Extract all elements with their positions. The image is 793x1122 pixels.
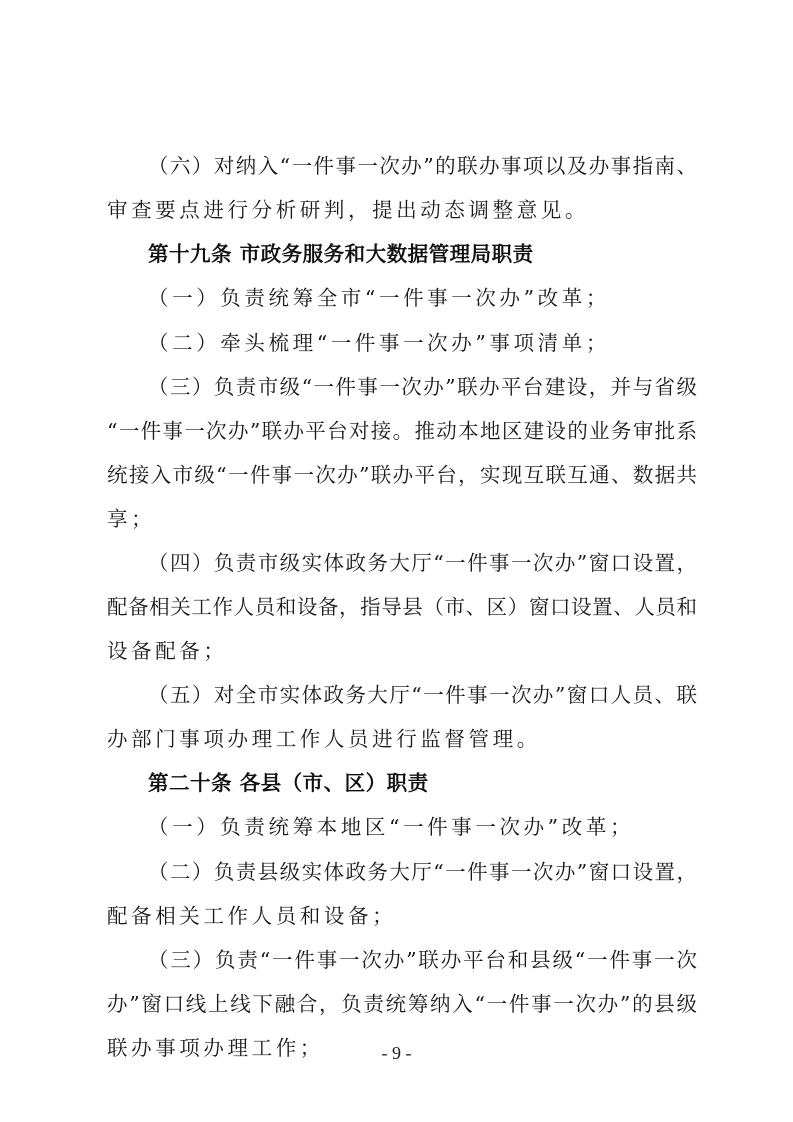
paragraph-line: （二）牵头梳理“一件事一次办”事项清单； bbox=[148, 328, 697, 358]
paragraph-line: （六）对纳入“一件事一次办”的联办事项以及办事指南、 bbox=[148, 151, 697, 181]
paragraph-line: （三）负责“一件事一次办”联办平台和县级“一件事一次 bbox=[148, 945, 697, 975]
article-heading-20: 第二十条 各县（市、区）职责 bbox=[148, 768, 429, 798]
paragraph-line: 配备相关工作人员和设备； bbox=[107, 901, 697, 931]
paragraph-line: 办部门事项办理工作人员进行监督管理。 bbox=[107, 724, 697, 754]
paragraph-line: （五）对全市实体政务大厅“一件事一次办”窗口人员、联 bbox=[148, 680, 697, 710]
paragraph-line: 审查要点进行分析研判，提出动态调整意见。 bbox=[107, 195, 697, 225]
paragraph-line: 享； bbox=[107, 504, 697, 534]
paragraph-line: （一）负责统筹本地区“一件事一次办”改革； bbox=[148, 812, 697, 842]
paragraph-line: （二）负责县级实体政务大厅“一件事一次办”窗口设置， bbox=[148, 857, 697, 887]
paragraph-line: 统接入市级“一件事一次办”联办平台，实现互联互通、数据共 bbox=[107, 460, 697, 490]
page-number: - 9 - bbox=[0, 1043, 793, 1064]
document-page: （六）对纳入“一件事一次办”的联办事项以及办事指南、 审查要点进行分析研判，提出… bbox=[0, 0, 793, 1122]
paragraph-line: “一件事一次办”联办平台对接。推动本地区建设的业务审批系 bbox=[107, 416, 697, 446]
article-heading-19: 第十九条 市政务服务和大数据管理局职责 bbox=[148, 239, 534, 269]
paragraph-line: 设备配备； bbox=[107, 636, 697, 666]
paragraph-line: 配备相关工作人员和设备，指导县（市、区）窗口设置、人员和 bbox=[107, 592, 697, 622]
paragraph-line: （四）负责市级实体政务大厅“一件事一次办”窗口设置， bbox=[148, 548, 697, 578]
paragraph-line: （三）负责市级“一件事一次办”联办平台建设，并与省级 bbox=[148, 372, 697, 402]
paragraph-line: 办”窗口线上线下融合，负责统筹纳入“一件事一次办”的县级 bbox=[107, 989, 697, 1019]
paragraph-line: （一）负责统筹全市“一件事一次办”改革； bbox=[148, 283, 697, 313]
